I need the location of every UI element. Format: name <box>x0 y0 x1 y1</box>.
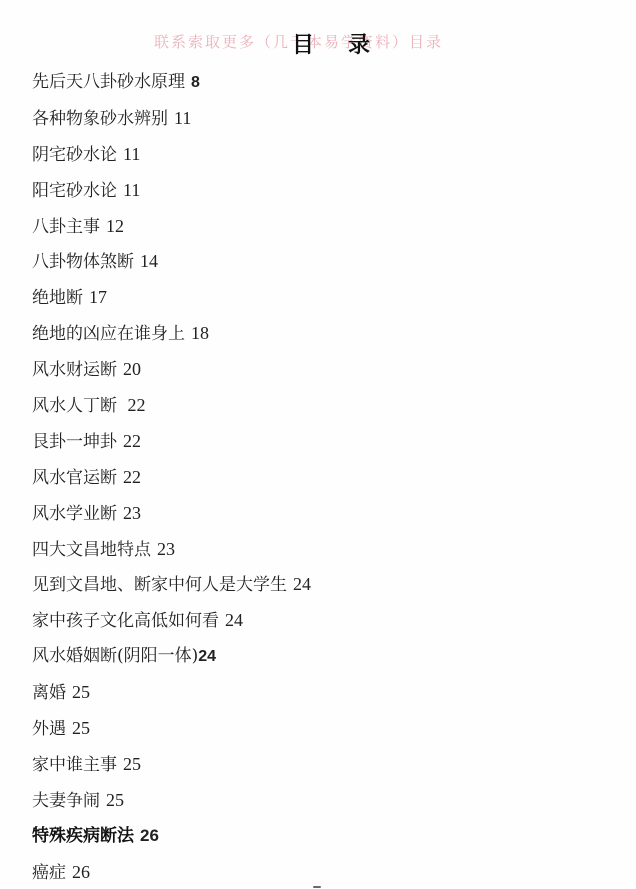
toc-entry-label: 风水婚姻断(阴阳一体) <box>32 646 198 666</box>
toc-entry-label: 特殊疾病断法 <box>32 826 134 846</box>
toc-entry[interactable]: 风水财运断20 <box>32 355 592 391</box>
toc-entry[interactable]: 癌症26 <box>32 858 592 889</box>
toc-entry-page: 17 <box>89 287 107 307</box>
table-of-contents: 先后天八卦砂水原理8 各种物象砂水辨别11 阴宅砂水论11 阳宅砂水论11 八卦… <box>32 68 592 889</box>
toc-entry[interactable]: 先后天八卦砂水原理8 <box>32 68 592 104</box>
toc-entry-label: 夫妻争闹 <box>32 791 100 811</box>
toc-entry[interactable]: 各种物象砂水辨别11 <box>32 104 592 140</box>
toc-entry[interactable]: 家中谁主事25 <box>32 750 592 786</box>
toc-entry-label: 见到文昌地、断家中何人是大学生 <box>32 575 287 595</box>
toc-entry-label: 家中孩子文化高低如何看 <box>32 611 219 631</box>
toc-entry-label: 各种物象砂水辨别 <box>32 109 168 129</box>
toc-entry-label: 外遇 <box>32 719 66 739</box>
toc-entry-page: 25 <box>72 718 90 738</box>
toc-entry-label: 先后天八卦砂水原理 <box>32 72 185 92</box>
toc-entry-label: 阳宅砂水论 <box>32 181 117 201</box>
toc-entry[interactable]: 家中孩子文化高低如何看24 <box>32 606 592 642</box>
scan-speck <box>313 886 321 888</box>
toc-entry[interactable]: 风水婚姻断(阴阳一体)24 <box>32 642 592 678</box>
toc-entry-page: 25 <box>106 790 124 810</box>
toc-entry[interactable]: 绝地的凶应在谁身上18 <box>32 319 592 355</box>
toc-entry[interactable]: 阳宅砂水论11 <box>32 176 592 212</box>
toc-entry[interactable]: 离婚25 <box>32 678 592 714</box>
toc-entry-page: 24 <box>198 648 216 665</box>
toc-entry-page: 22 <box>123 467 141 487</box>
toc-entry[interactable]: 阴宅砂水论11 <box>32 140 592 176</box>
toc-entry[interactable]: 八卦物体煞断14 <box>32 247 592 283</box>
toc-entry[interactable]: 四大文昌地特点23 <box>32 535 592 571</box>
toc-entry-page: 25 <box>123 754 141 774</box>
toc-entry-label: 离婚 <box>32 683 66 703</box>
toc-entry-label: 八卦主事 <box>32 217 100 237</box>
toc-entry[interactable]: 夫妻争闹25 <box>32 786 592 822</box>
toc-entry-label: 艮卦一坤卦 <box>32 432 117 452</box>
toc-entry-label: 八卦物体煞断 <box>32 252 134 272</box>
toc-entry-label: 风水财运断 <box>32 360 117 380</box>
toc-entry-page: 22 <box>123 395 146 415</box>
toc-entry[interactable]: 风水学业断23 <box>32 499 592 535</box>
toc-entry[interactable]: 八卦主事12 <box>32 212 592 248</box>
toc-entry-label: 风水学业断 <box>32 504 117 524</box>
toc-entry[interactable]: 风水人丁断 22 <box>32 391 592 427</box>
toc-entry-page: 12 <box>106 216 124 236</box>
toc-entry-label: 癌症 <box>32 863 66 883</box>
toc-entry[interactable]: 风水官运断22 <box>32 463 592 499</box>
toc-entry-label: 绝地断 <box>32 288 83 308</box>
toc-entry-label: 绝地的凶应在谁身上 <box>32 324 185 344</box>
toc-entry-label: 风水官运断 <box>32 468 117 488</box>
toc-entry-page: 20 <box>123 359 141 379</box>
toc-entry-label: 阴宅砂水论 <box>32 145 117 165</box>
toc-entry-page: 11 <box>123 180 140 200</box>
toc-entry[interactable]: 艮卦一坤卦22 <box>32 427 592 463</box>
toc-entry-page: 24 <box>293 574 311 594</box>
toc-entry-page: 26 <box>140 826 159 845</box>
toc-entry[interactable]: 见到文昌地、断家中何人是大学生24 <box>32 570 592 606</box>
toc-entry-page: 23 <box>157 539 175 559</box>
toc-entry-page: 26 <box>72 862 90 882</box>
toc-entry[interactable]: 绝地断17 <box>32 283 592 319</box>
toc-entry-label: 家中谁主事 <box>32 755 117 775</box>
toc-entry[interactable]: 外遇25 <box>32 714 592 750</box>
toc-entry-label: 四大文昌地特点 <box>32 540 151 560</box>
toc-entry-page: 11 <box>174 108 191 128</box>
toc-entry-page: 25 <box>72 682 90 702</box>
toc-entry[interactable]: 特殊疾病断法26 <box>32 822 592 858</box>
watermark-text: 联系索取更多（几千本易学资料）目录 <box>154 31 494 52</box>
toc-entry-page: 18 <box>191 323 209 343</box>
document-page: 联系索取更多（几千本易学资料）目录 目录 先后天八卦砂水原理8 各种物象砂水辨别… <box>0 0 636 889</box>
toc-entry-page: 22 <box>123 431 141 451</box>
toc-entry-label: 风水人丁断 <box>32 396 117 416</box>
toc-entry-page: 14 <box>140 251 158 271</box>
toc-entry-page: 24 <box>225 610 243 630</box>
toc-entry-page: 8 <box>191 74 200 91</box>
toc-entry-page: 11 <box>123 144 140 164</box>
toc-entry-page: 23 <box>123 503 141 523</box>
